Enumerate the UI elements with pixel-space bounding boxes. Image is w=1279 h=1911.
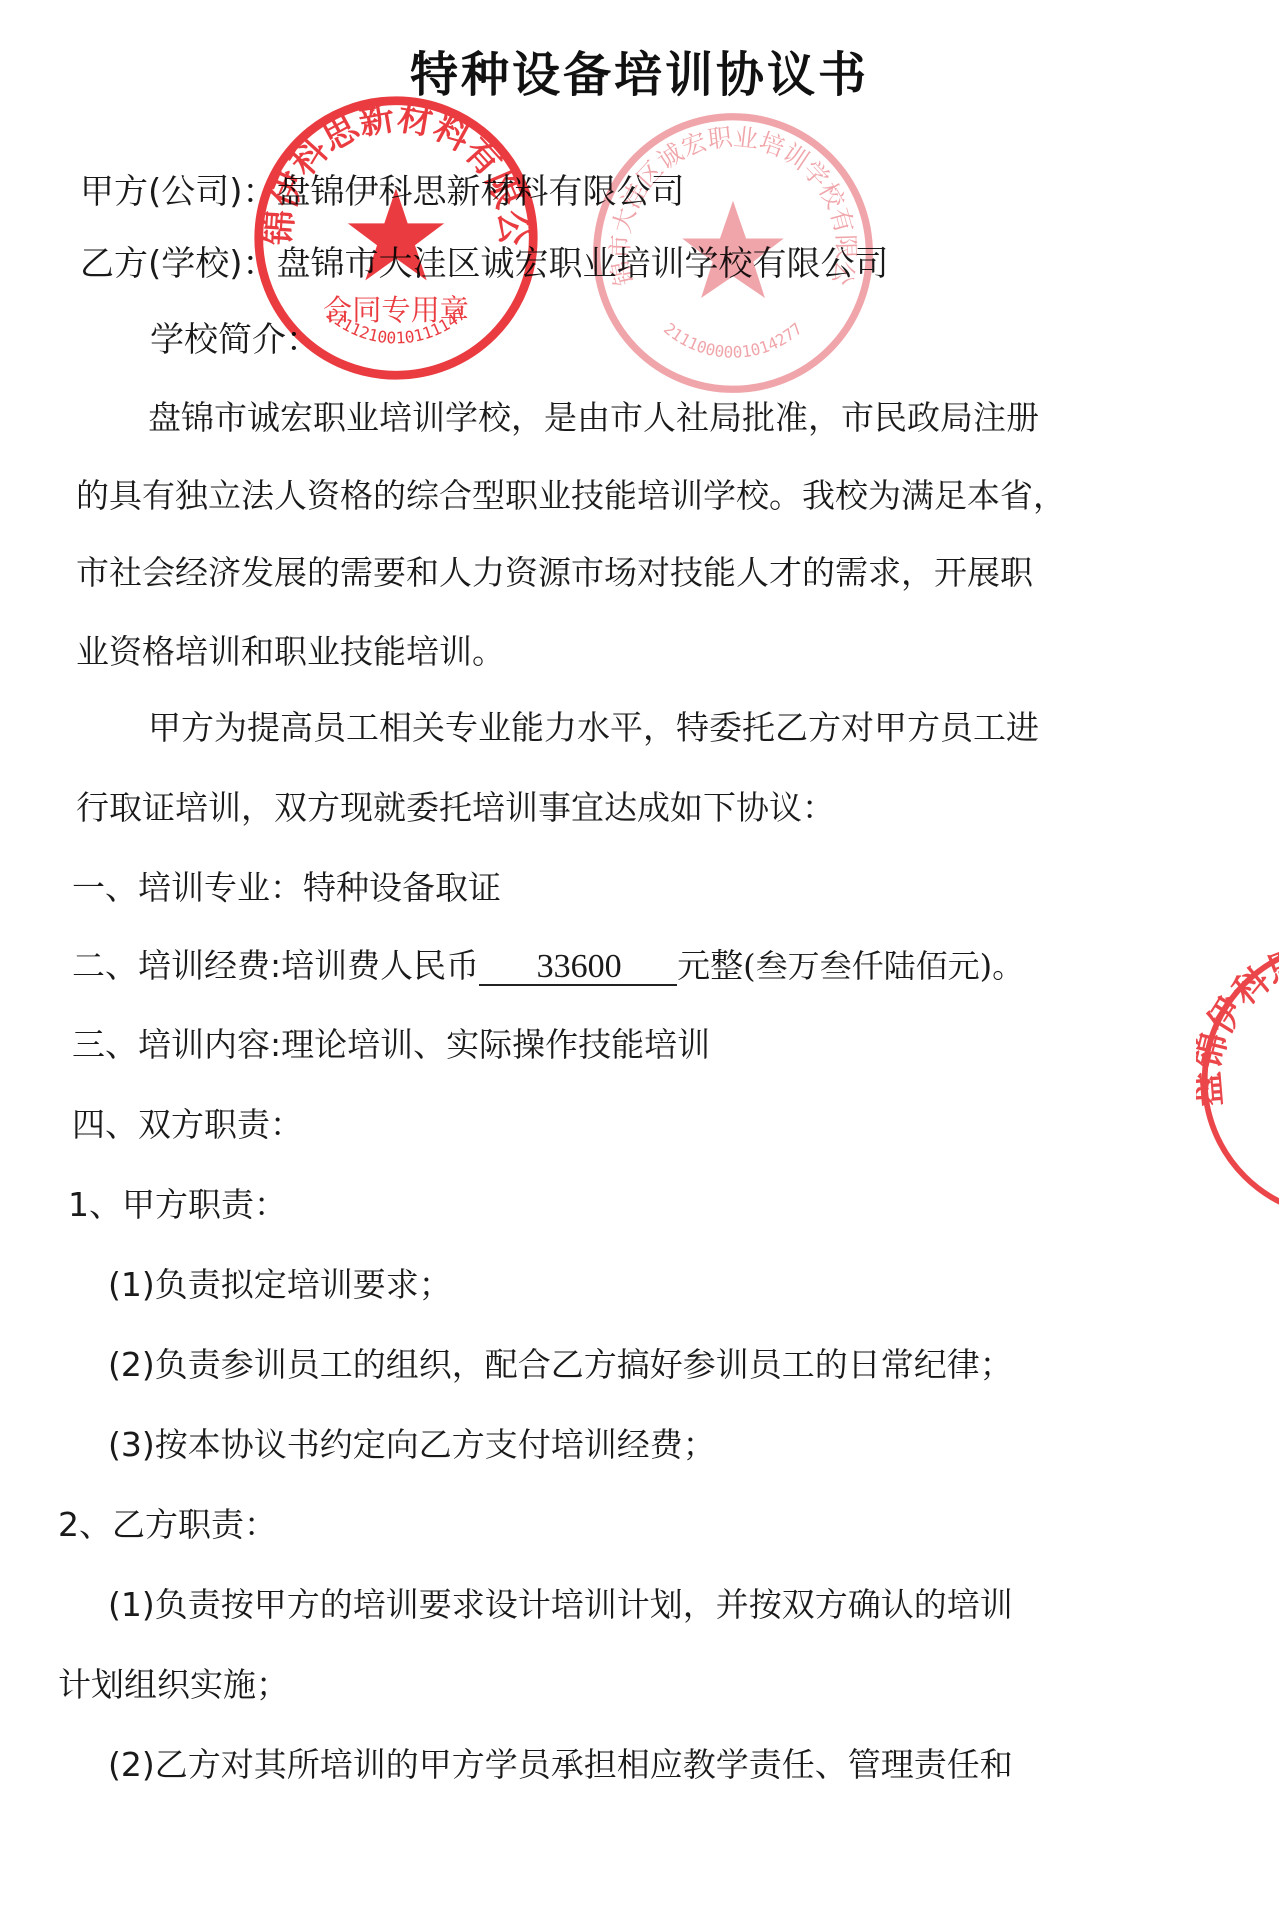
party-b-label: 乙方(学校)： [80, 244, 277, 284]
party-b-line: 乙方(学校)：盘锦市大洼区诚宏职业培训学校有限公司 [80, 244, 889, 284]
intro-line: 的具有独立法人资格的综合型职业技能培训学校。我校为满足本省， [76, 476, 1066, 516]
school-intro-heading: 学校简介： [150, 320, 320, 360]
clause-responsibilities: 四、双方职责： [72, 1105, 303, 1145]
fee-prefix: 二、培训经费:培训费人民币 [72, 946, 479, 985]
party-a-line: 甲方(公司)：盘锦伊科思新材料有限公司 [80, 172, 685, 212]
party-a-label: 甲方(公司)： [80, 172, 277, 212]
party-a-duty-item: (1)负责拟定培训要求； [108, 1265, 452, 1305]
party-b-duty-item: (1)负责按甲方的培训要求设计培训计划，并按双方确认的培训 [108, 1585, 1013, 1625]
edge-seal-partial: 盘锦伊科思 [1196, 935, 1279, 1225]
party-a-duty-item: (3)按本协议书约定向乙方支付培训经费； [108, 1425, 716, 1465]
party-b-duties-heading: 2、乙方职责： [58, 1505, 277, 1545]
intro-line: 盘锦市诚宏职业培训学校，是由市人社局批准，市民政局注册 [148, 398, 1039, 438]
clause-training-content: 三、培训内容:理论培训、实际操作技能培训 [72, 1025, 710, 1065]
party-a-duty-item: (2)负责参训员工的组织，配合乙方搞好参训员工的日常纪律； [108, 1345, 1013, 1385]
intro-line: 市社会经济发展的需要和人力资源市场对技能人才的需求，开展职 [76, 553, 1033, 593]
party-b-duty-item-continued: 计划组织实施； [58, 1665, 289, 1705]
party-b-name: 盘锦市大洼区诚宏职业培训学校有限公司 [277, 244, 889, 284]
fee-amount: 33600 [479, 950, 677, 986]
svg-text:2111210010111147: 2111210010111147 [323, 305, 470, 348]
party-a-duties-heading: 1、甲方职责： [68, 1185, 287, 1225]
clause-training-fee: 二、培训经费:培训费人民币33600元整(叁万叁仟陆佰元)。 [72, 946, 1024, 986]
document-title: 特种设备培训协议书 [0, 36, 1279, 105]
fee-amount-in-words: (叁万叁仟陆佰元)。 [743, 947, 1024, 985]
svg-text:合同专用章: 合同专用章 [323, 293, 469, 327]
party-b-duty-item: (2)乙方对其所培训的甲方学员承担相应教学责任、管理责任和 [108, 1745, 1013, 1785]
document-page: 特种设备培训协议书 甲方(公司)：盘锦伊科思新材料有限公司 乙方(学校)：盘锦市… [0, 0, 1279, 1911]
svg-text:盘锦伊科思新材料有限公司: 盘锦伊科思新材料有限公司 [250, 92, 534, 247]
purpose-line: 甲方为提高员工相关专业能力水平，特委托乙方对甲方员工进 [148, 708, 1039, 748]
party-a-name: 盘锦伊科思新材料有限公司 [277, 172, 685, 212]
seal-ring-icon: 盘锦伊科思 [1196, 935, 1279, 1225]
clause-training-major: 一、培训专业：特种设备取证 [72, 868, 501, 908]
fee-suffix: 元整 [677, 946, 743, 985]
purpose-line: 行取证培训，双方现就委托培训事宜达成如下协议： [76, 788, 835, 828]
intro-line: 业资格培训和职业技能培训。 [76, 632, 505, 672]
svg-text:2111000001014277: 2111000001014277 [660, 319, 806, 362]
svg-text:盘锦伊科思: 盘锦伊科思 [1196, 942, 1279, 1108]
